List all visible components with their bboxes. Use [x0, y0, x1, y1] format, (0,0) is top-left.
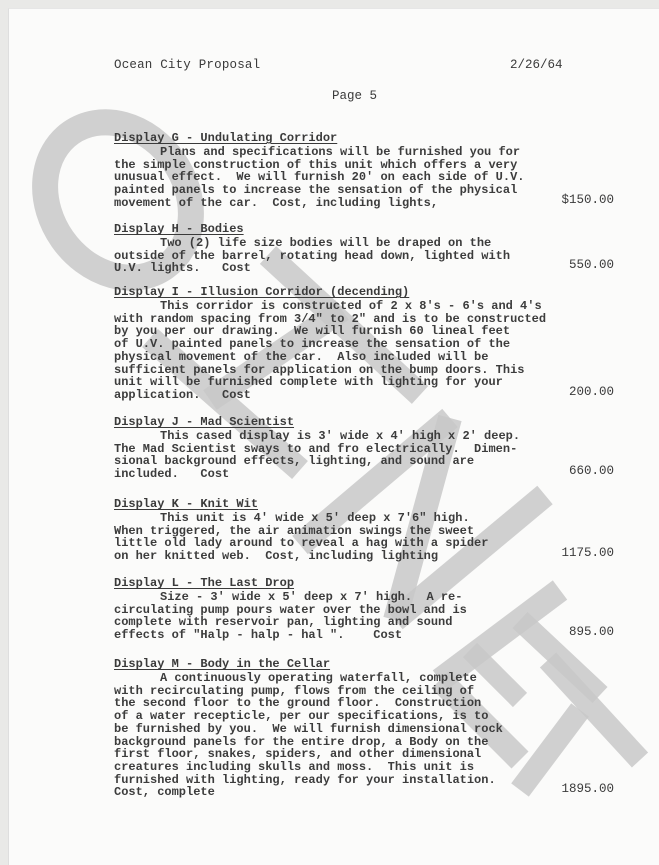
display-title: Display G - Undulating Corridor [114, 132, 337, 145]
display-section: Display J - Mad ScientistThis cased disp… [114, 412, 614, 481]
display-text-line: of a water recepticle, per our specifica… [114, 710, 614, 723]
display-text-line: physical movement of the car. Also inclu… [114, 351, 614, 364]
display-price: 660.00 [569, 464, 614, 478]
display-title: Display J - Mad Scientist [114, 416, 294, 429]
display-price: 1175.00 [561, 546, 614, 560]
display-text-line: This corridor is constructed of 2 x 8's … [114, 300, 614, 313]
display-text-line: This unit is 4' wide x 5' deep x 7'6" hi… [114, 512, 614, 525]
display-text-line: included. Cost [114, 468, 614, 481]
document-title: Ocean City Proposal [114, 58, 260, 72]
display-section: Display H - BodiesTwo (2) life size bodi… [114, 219, 614, 275]
display-text-line: creatures including skulls and moss. Thi… [114, 761, 614, 774]
display-price: 550.00 [569, 258, 614, 272]
display-text-line: movement of the car. Cost, including lig… [114, 197, 614, 210]
display-title: Display L - The Last Drop [114, 577, 294, 590]
display-title: Display I - Illusion Corridor (decending… [114, 286, 409, 299]
display-title: Display M - Body in the Cellar [114, 658, 330, 671]
display-text-line: painted panels to increase the sensation… [114, 184, 614, 197]
display-price: 1895.00 [561, 782, 614, 796]
display-text-line: U.V. lights. Cost [114, 262, 614, 275]
display-text-line: be furnished by you. We will furnish dim… [114, 723, 614, 736]
display-section: Display G - Undulating CorridorPlans and… [114, 128, 614, 210]
display-text-line: Size - 3' wide x 5' deep x 7' high. A re… [114, 591, 614, 604]
display-text-line: Plans and specifications will be furnish… [114, 146, 614, 159]
display-text-line: application. Cost [114, 389, 614, 402]
display-text-line: effects of "Halp - halp - hal ". Cost [114, 629, 614, 642]
display-title: Display H - Bodies [114, 223, 244, 236]
display-price: $150.00 [561, 193, 614, 207]
page-number: Page 5 [332, 89, 377, 103]
display-text-line: on her knitted web. Cost, including ligh… [114, 550, 614, 563]
display-section: Display I - Illusion Corridor (decending… [114, 282, 614, 402]
document-date: 2/26/64 [510, 58, 563, 72]
display-section: Display K - Knit WitThis unit is 4' wide… [114, 494, 614, 563]
display-text-line: A continuously operating waterfall, comp… [114, 672, 614, 685]
display-section: Display L - The Last DropSize - 3' wide … [114, 573, 614, 642]
display-text-line: Two (2) life size bodies will be draped … [114, 237, 614, 250]
display-price: 200.00 [569, 385, 614, 399]
display-section: Display M - Body in the CellarA continuo… [114, 654, 614, 799]
display-text-line: This cased display is 3' wide x 4' high … [114, 430, 614, 443]
display-text-line: of U.V. painted panels to increase the s… [114, 338, 614, 351]
display-price: 895.00 [569, 625, 614, 639]
document-content: Ocean City Proposal 2/26/64 Page 5 Displ… [0, 0, 659, 865]
display-text-line: Cost, complete [114, 786, 614, 799]
display-title: Display K - Knit Wit [114, 498, 258, 511]
